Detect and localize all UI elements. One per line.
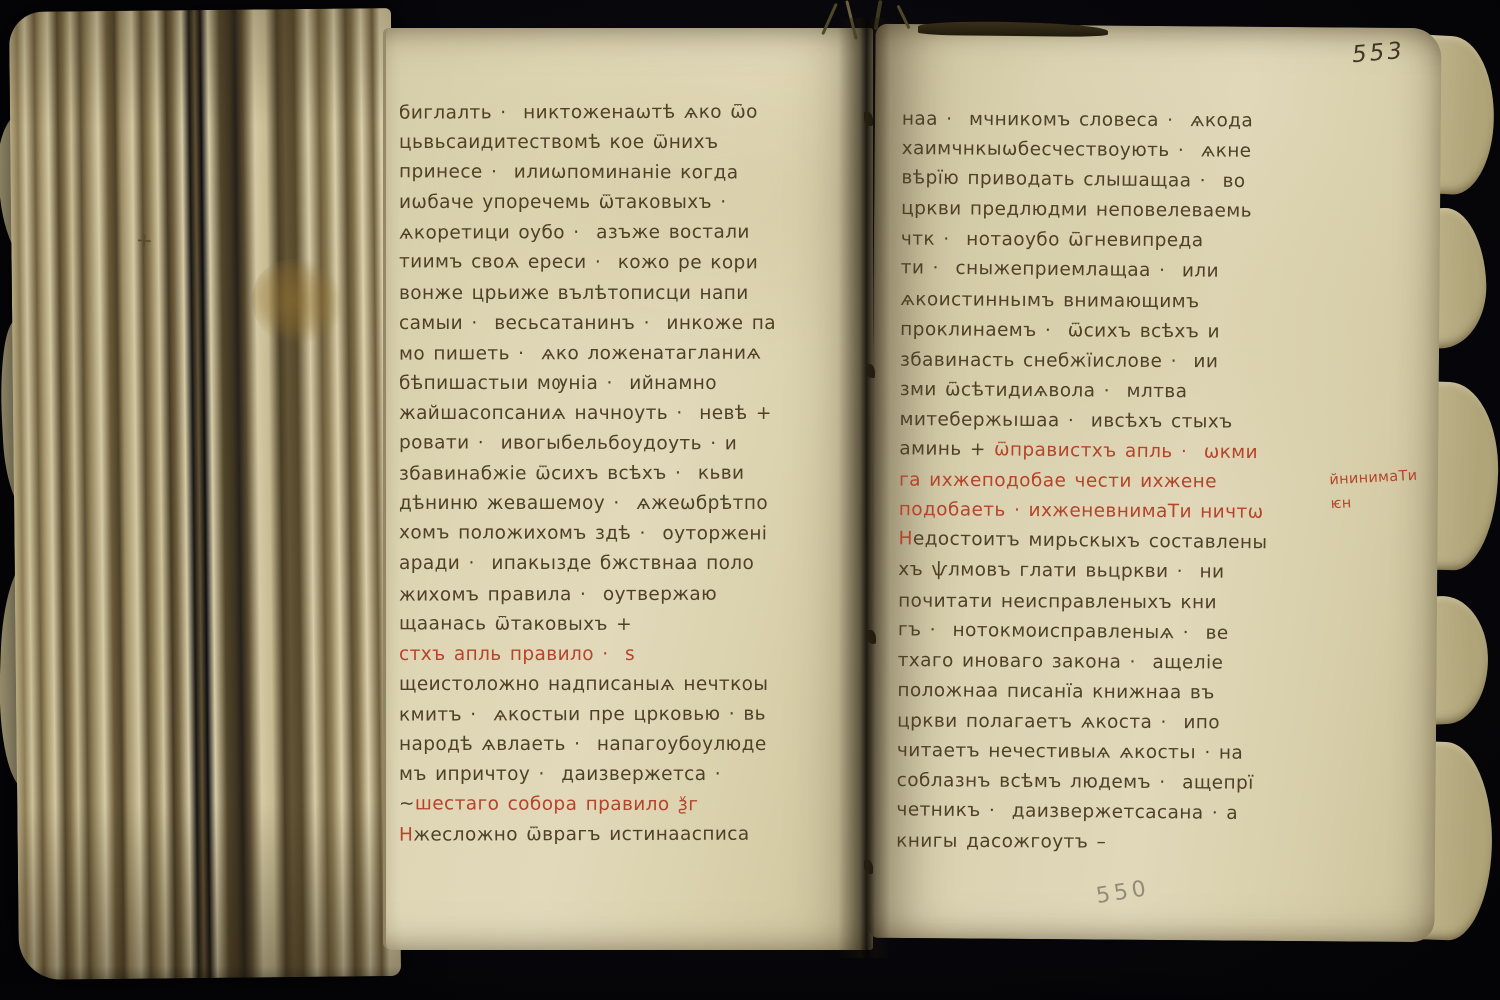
manuscript-line: цркви предлюдми неповелеваемь — [901, 194, 1371, 228]
manuscript-line: збавинасть снебжїислове · ии — [900, 345, 1370, 378]
manuscript-text-left: биглалть · никтоженаѡтѣ ѧко ѿоцьвьсаидит… — [399, 98, 851, 850]
manuscript-line-segment: га ихжеподобае чести ихжене — [899, 470, 1217, 493]
manuscript-photo: + биглалть · никтоженаѡтѣ ѧко ѿоцьвьсаид… — [0, 0, 1500, 1000]
manuscript-line: ти · сныжеприемлащаа · или — [901, 254, 1371, 289]
manuscript-line: гъ · нотокмоисправленыѧ · ве — [898, 615, 1368, 650]
manuscript-line: зми ѿсѣтидиѧвола · млтва — [900, 375, 1370, 409]
stitch-mark — [866, 364, 875, 378]
manuscript-line-segment: аминь + — [899, 438, 994, 460]
manuscript-line: збавинабжіе ѿсихъ всѣхъ · кьви — [399, 459, 851, 490]
margin-note-red: йнинимаТи ѥн — [1329, 464, 1419, 517]
manuscript-line-segment: дѣниню жевашемоу · ѧжеѡбрѣтпо — [399, 493, 768, 514]
manuscript-line-segment: подобаеть · ихженевнимаТи ничтѡ — [899, 499, 1264, 523]
manuscript-line: четникъ · даизвержетсасана · а — [896, 795, 1366, 830]
manuscript-line: проклинаемъ · ѿсихъ всѣхъ и — [900, 315, 1370, 349]
manuscript-line: принесе · илиѡпоминаніе когда — [399, 157, 851, 189]
manuscript-line-segment: принесе · илиѡпоминаніе когда — [399, 161, 739, 183]
manuscript-line: подобаеть · ихженевнимаТи ничтѡ — [899, 495, 1369, 529]
manuscript-line-segment: щеистоложно надписаныѧ нечткоы — [399, 674, 768, 695]
manuscript-line-segment: хъ ѱлмовъ глати вьцркви · ни — [898, 559, 1224, 583]
manuscript-line: тиимъ своѧ ереси · кожо ре кори — [399, 248, 851, 280]
manuscript-line: читаетъ нечестивыѧ ѧкостьı · на — [897, 736, 1367, 770]
margin-cross-mark: + — [135, 227, 153, 252]
manuscript-line: мо пишеть · ѧко ложенатагланиѧ — [399, 338, 851, 369]
manuscript-text-right: наа · мчникомъ словеса · ѧкодахаимчнкыѡб… — [896, 104, 1372, 860]
manuscript-line-segment: збавинасть снебжїислове · ии — [900, 349, 1218, 372]
manuscript-line: Нжесложно ѿврагъ истинаасписа — [399, 820, 851, 851]
manuscript-line: ровати · ивогыбельбоудоуть · и — [399, 428, 851, 460]
manuscript-line-segment: тхаго иноваго закона · ащеліе — [898, 650, 1224, 674]
manuscript-line: стхъ апль правило · ѕ — [399, 640, 851, 670]
manuscript-line-segment: щаанась ѿтаковыхъ + — [399, 613, 632, 635]
headcap-shadow — [918, 21, 1108, 37]
manuscript-line: ѧкоистинньıмъ внимающимъ — [900, 285, 1370, 319]
manuscript-line-segment: едостоитъ мирьскыхъ составлены — [913, 529, 1268, 554]
manuscript-line-segment: самыи · весьсатанинъ · инкоже па — [399, 313, 776, 334]
manuscript-line-segment: цьвьсаидитествомѣ кое ѿнихъ — [399, 132, 718, 153]
manuscript-line-segment: книгы дасожгоутъ – — [896, 831, 1106, 853]
manuscript-line-segment: аради · ипакьıзде бжствнаа поло — [399, 553, 754, 574]
manuscript-line-segment: проклинаемъ · ѿсихъ всѣхъ и — [900, 319, 1220, 343]
manuscript-line-segment: биглалть · никтоженаѡтѣ ѧко ѿо — [399, 102, 758, 124]
manuscript-line-segment: ти · сныжеприемлащаа · или — [901, 258, 1220, 282]
manuscript-line: хаимчнкыѡбесчествоують · ѧкне — [902, 134, 1372, 168]
manuscript-line-segment: цркви предлюдми неповелеваемь — [901, 198, 1252, 222]
manuscript-line: цркви полагаетъ ѧкоста · ипо — [897, 706, 1367, 739]
manuscript-line: хъ ѱлмовъ глати вьцркви · ни — [898, 555, 1368, 589]
manuscript-line: Недостоитъ мирьскыхъ составлены — [898, 525, 1368, 560]
manuscript-line-segment: митебержьıшаа · ивсѣхъ стыхъ — [899, 409, 1232, 433]
manuscript-line-segment: Н — [399, 825, 413, 846]
manuscript-line: бѣпишастьıи мѹніа · ийнамно — [399, 369, 851, 399]
manuscript-line: ѧкоретици оубо · азъже востали — [399, 218, 851, 249]
page-stack-left — [9, 8, 401, 980]
manuscript-line-segment: читаетъ нечестивыѧ ѧкостьı · на — [897, 740, 1243, 764]
manuscript-line-segment: четникъ · даизвержетсасана · а — [896, 799, 1238, 824]
manuscript-line-segment: народѣ ѧвлаеть · напагоубоулюде — [399, 734, 767, 755]
manuscript-line-segment: тиимъ своѧ ереси · кожо ре кори — [399, 252, 758, 274]
manuscript-line-segment: хаимчнкыѡбесчествоують · ѧкне — [902, 138, 1252, 162]
manuscript-line-segment: хомъ положихомъ здѣ · оуторжені — [399, 523, 767, 545]
manuscript-line-segment: ~ — [399, 793, 415, 814]
stitch-mark — [864, 860, 873, 874]
manuscript-line: жайшасопсаниѧ начноуть · невѣ + — [399, 399, 851, 429]
manuscript-line-segment: вонже црьиже вълѣтописци напи — [399, 283, 749, 304]
manuscript-line: книгы дасожгоутъ – — [896, 827, 1366, 860]
manuscript-line: соблазнъ всѣмъ людемъ · ащепрї — [897, 766, 1367, 800]
manuscript-line-segment: зми ѿсѣтидиѧвола · млтва — [900, 379, 1188, 402]
manuscript-line-segment: наа · мчникомъ словеса · ѧкода — [902, 109, 1253, 132]
manuscript-line-segment: положнаа писанїа книжнаа въ — [897, 680, 1214, 703]
manuscript-line: тхаго иноваго закона · ащеліе — [898, 646, 1368, 680]
manuscript-line: щаанась ѿтаковыхъ + — [399, 609, 851, 641]
manuscript-line: га ихжеподобае чести ихжене — [899, 466, 1369, 499]
manuscript-line: иѡбаче упоречемь ѿтаковыхъ · — [399, 188, 851, 218]
manuscript-line-segment: жесложно ѿврагъ истинаасписа — [413, 824, 749, 846]
manuscript-line-segment: мо пишеть · ѧко ложенатагланиѧ — [399, 342, 761, 364]
manuscript-line-segment: вѣрїю приводать слышащаа · во — [901, 167, 1245, 192]
manuscript-line-segment: жайшасопсаниѧ начноуть · невѣ + — [399, 403, 772, 424]
manuscript-line-segment: мъ ипричтоу · даизвержетса · — [399, 764, 721, 785]
manuscript-line-segment: иѡбаче упоречемь ѿтаковыхъ · — [399, 192, 727, 213]
manuscript-line: положнаа писанїа книжнаа въ — [897, 676, 1367, 710]
manuscript-line: аради · ипакьıзде бжствнаа поло — [399, 549, 851, 579]
manuscript-line-segment: ѧкоретици оубо · азъже востали — [399, 222, 750, 244]
margin-note-line: йнинимаТи — [1329, 464, 1418, 493]
manuscript-line: наа · мчникомъ словеса · ѧкода — [902, 105, 1372, 138]
manuscript-line: митебержьıшаа · ивсѣхъ стыхъ — [899, 405, 1369, 439]
manuscript-line: дѣниню жевашемоу · ѧжеѡбрѣтпо — [399, 489, 851, 519]
manuscript-line: почитати неисправленыхъ кни — [898, 586, 1368, 619]
manuscript-line: ~шестаго собора правило ѯг — [399, 789, 851, 821]
manuscript-line: вѣрїю приводать слышащаа · во — [901, 163, 1371, 198]
manuscript-line-segment: почитати неисправленыхъ кни — [898, 590, 1217, 613]
manuscript-line: цьвьсаидитествомѣ кое ѿнихъ — [399, 128, 851, 158]
manuscript-line-segment: жихомъ правила · оутвержаю — [399, 583, 717, 605]
manuscript-line: аминь + ѿправистхъ апль · ѡкми — [899, 434, 1369, 469]
manuscript-line-segment: Н — [898, 529, 913, 550]
manuscript-line: хомъ положихомъ здѣ · оуторжені — [399, 519, 851, 551]
manuscript-line: биглалть · никтоженаѡтѣ ѧко ѿо — [399, 97, 851, 128]
manuscript-line-segment: ровати · ивогыбельбоудоуть · и — [399, 432, 737, 454]
manuscript-line: мъ ипричтоу · даизвержетса · — [399, 760, 851, 790]
manuscript-line: щеистоложно надписаныѧ нечткоы — [399, 670, 851, 700]
margin-note-line: ѥн — [1330, 488, 1419, 517]
manuscript-line-segment: цркви полагаетъ ѧкоста · ипо — [897, 710, 1220, 733]
manuscript-line-segment: кмитъ · ѧкостыи пре црковью · вь — [399, 704, 766, 726]
manuscript-line: самыи · весьсатанинъ · инкоже па — [399, 309, 851, 339]
manuscript-line: жихомъ правила · оутвержаю — [399, 579, 851, 610]
manuscript-line-segment: збавинабжіе ѿсихъ всѣхъ · кьви — [399, 463, 745, 485]
manuscript-line-segment: шестаго собора правило ѯг — [415, 793, 699, 815]
manuscript-line: кмитъ · ѧкостыи пре црковью · вь — [399, 699, 851, 730]
manuscript-line-segment: чтк · нотаоубо ѿгневипреда — [901, 229, 1204, 252]
manuscript-line-segment: бѣпишастьıи мѹніа · ийнамно — [399, 373, 717, 394]
stitch-mark — [867, 630, 876, 644]
manuscript-line-segment: стхъ апль правило · ѕ — [399, 644, 635, 665]
manuscript-line-segment: гъ · нотокмоисправленыѧ · ве — [898, 619, 1229, 644]
manuscript-line: вонже црьиже вълѣтописци напи — [399, 279, 851, 309]
manuscript-line-segment: соблазнъ всѣмъ людемъ · ащепрї — [897, 770, 1254, 794]
stitch-mark — [864, 112, 873, 126]
manuscript-line: чтк · нотаоубо ѿгневипреда — [901, 225, 1371, 258]
manuscript-line-segment: ѧкоистинньıмъ внимающимъ — [900, 289, 1199, 312]
folio-number: 553 — [1351, 38, 1406, 69]
manuscript-line: народѣ ѧвлаеть · напагоубоулюде — [399, 730, 851, 760]
manuscript-line-segment: ѿправистхъ апль · ѡкми — [994, 439, 1258, 463]
